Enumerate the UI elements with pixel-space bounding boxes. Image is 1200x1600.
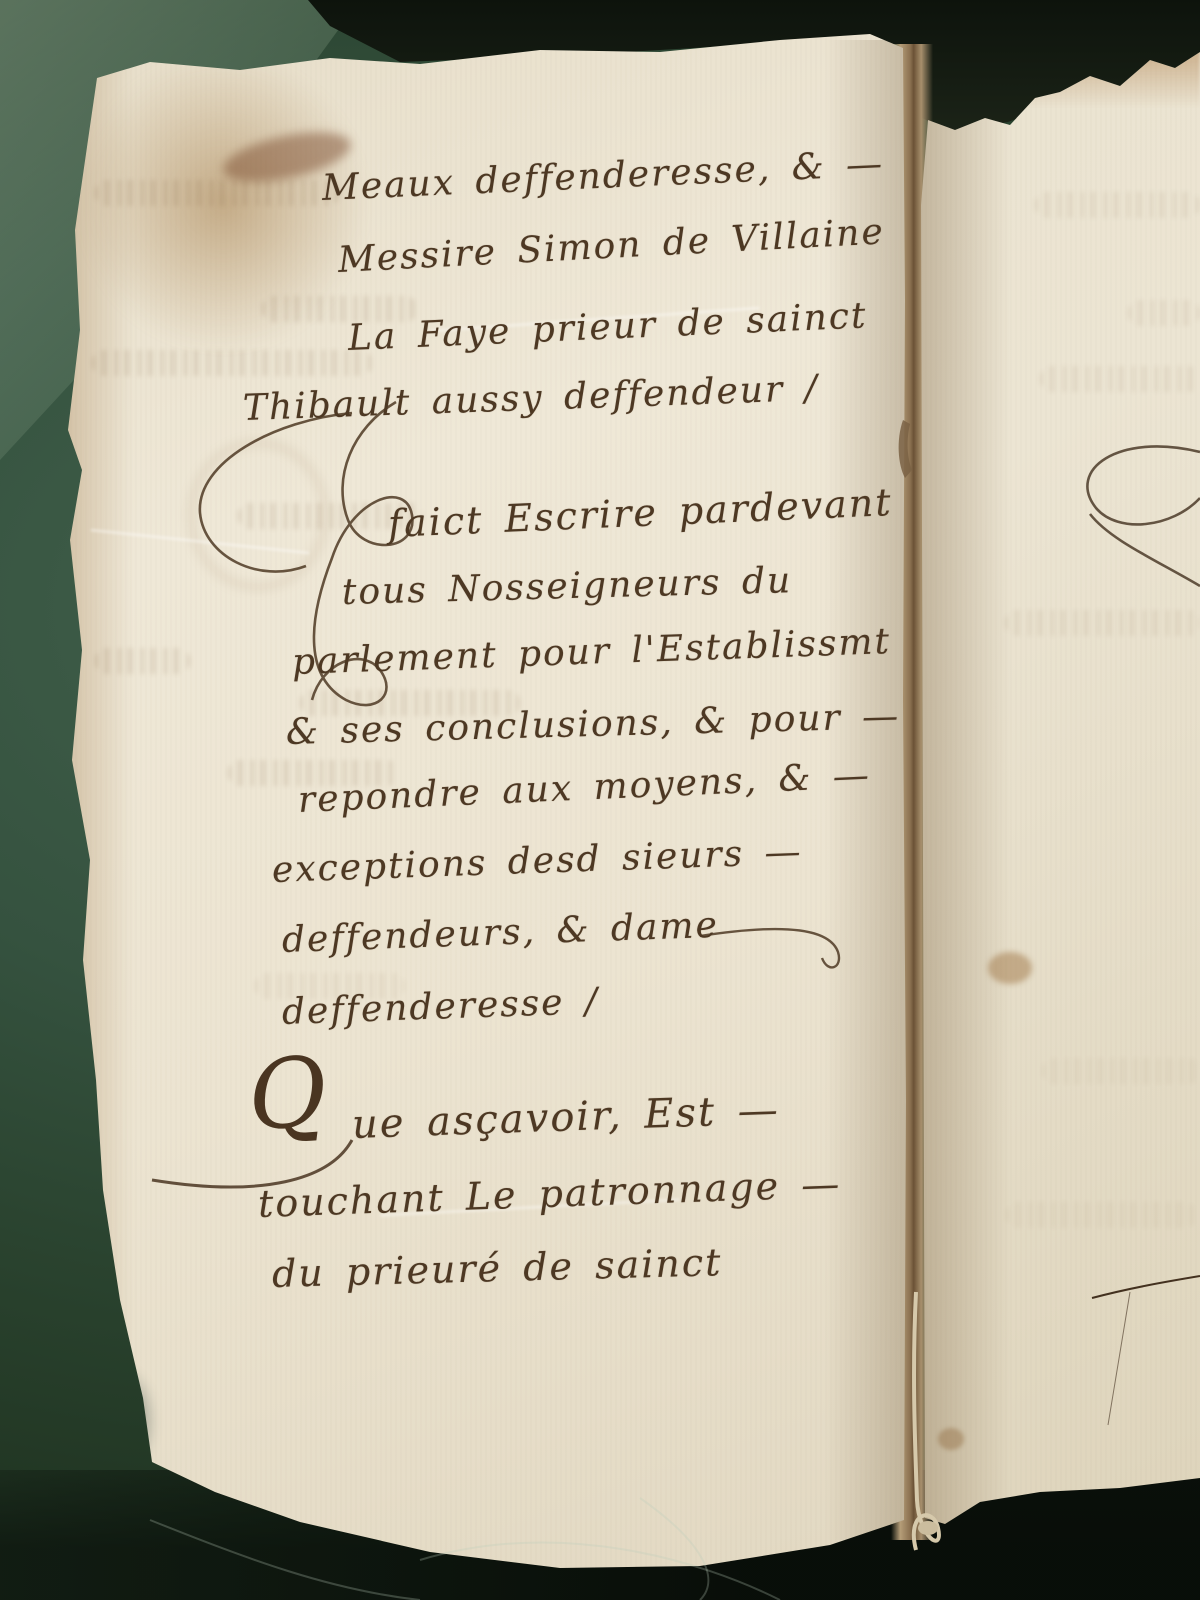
manuscript-line: touchant Le patronnage — (257, 1162, 842, 1226)
manuscript-line: ue asçavoir, Est — (351, 1087, 780, 1148)
manuscript-line: & ses conclusions, & pour — (285, 696, 900, 753)
manuscript-line: parlement pour l'Establissmt (291, 621, 891, 683)
manuscript-line: faict Escrire pardevant (387, 480, 893, 546)
manuscript-line: deffenderesse / (281, 981, 599, 1033)
initial-q: Q (244, 1035, 330, 1152)
handwriting-layer: Meaux deffenderesse, & — Messire Simon d… (0, 0, 1200, 1600)
manuscript-line: du prieuré de sainct (271, 1240, 722, 1296)
manuscript-line: tous Nosseigneurs du (341, 560, 792, 613)
manuscript-line: Thibault aussy deffendeur / (242, 368, 819, 429)
manuscript-line: exceptions desd sieurs — (271, 831, 803, 890)
manuscript-line: La Faye prieur de sainct (347, 295, 868, 359)
manuscript-line: Meaux deffenderesse, & — (321, 143, 885, 208)
manuscript-photograph: Meaux deffenderesse, & — Messire Simon d… (0, 0, 1200, 1600)
manuscript-line: Messire Simon de Villaine (337, 211, 886, 281)
manuscript-line: deffendeurs, & dame (281, 905, 719, 961)
manuscript-line: repondre aux moyens, & — (297, 755, 872, 821)
